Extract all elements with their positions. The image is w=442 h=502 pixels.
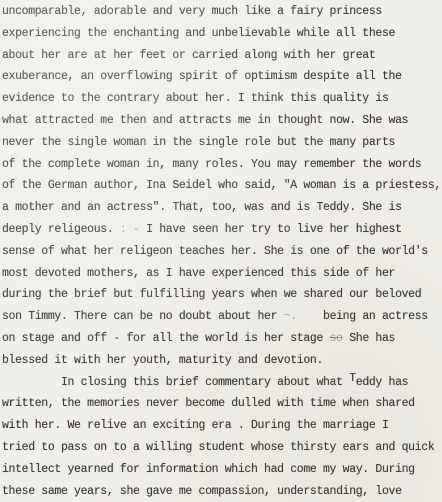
text-line-20: with her. We relive an exciting era . Du… [2,415,442,437]
text-line-15: son Timmy. There can be no doubt about h… [2,306,442,328]
text-segment: of the German author, Ina Seidel who sai… [2,179,441,192]
text-line-16: on stage and off - for all the world is … [2,328,442,350]
text-segment: of the complete woman in, many roles. Yo… [2,158,421,171]
text-segment: evidence to the contrary about her. I th… [2,92,389,105]
text-line-12: sense of what her religeon teaches her. … [2,241,442,263]
text-segment: written, the memories never become dulle… [2,397,415,410]
typewritten-page: uncomparable, adorable and very much lik… [0,0,442,502]
text-segment: son Timmy. There can be no doubt about h… [2,310,284,323]
text-segment: exuberance, an overflowing spirit of opt… [2,70,402,83]
text-segment: with her. We relive an exciting era . Du… [2,419,389,432]
text-line-18: In closing this brief commentary about w… [2,372,442,394]
text-segment: deeply religeous. [2,223,113,236]
text-line-4: exuberance, an overflowing spirit of opt… [2,66,442,88]
text-segment: what attracted me then and attracts me i… [2,114,408,127]
text-line-13: most devoted mothers, as I have experien… [2,263,442,285]
text-segment: these same years, she gave me compassion… [2,485,402,498]
text-segment: In closing this brief commentary about w… [2,376,349,389]
text-line-19: written, the memories never become dulle… [2,393,442,415]
text-line-9: of the German author, Ina Seidel who sai… [2,175,442,197]
text-segment: eddy has [356,376,408,389]
text-line-14: during the brief but fulfilling years wh… [2,284,442,306]
text-segment: tried to pass on to a willing student wh… [2,441,434,454]
text-line-17: blessed it with her youth, maturity and … [2,350,442,372]
text-segment: intellect yearned for information which … [2,463,415,476]
text-segment: experiencing the enchanting and unbeliev… [2,27,395,40]
text-segment: being an actress [297,310,428,323]
text-line-22: intellect yearned for information which … [2,459,442,481]
text-line-10: a mother and an actress". That, too, was… [2,197,442,219]
text-segment: during the brief but fulfilling years wh… [2,288,421,301]
faded-correction-mark: : - [113,223,146,236]
text-segment: on stage and off - for all the world is … [2,332,330,345]
text-segment: never the single woman in the single rol… [2,136,395,149]
text-line-6: what attracted me then and attracts me i… [2,110,442,132]
superscript-char: T [349,372,356,385]
text-segment: I have seen her try to live her highest [146,223,402,236]
text-segment: She has [343,332,395,345]
text-segment: a mother and an actress". That, too, was… [2,201,402,214]
text-line-21: tried to pass on to a willing student wh… [2,437,442,459]
text-line-2: experiencing the enchanting and unbeliev… [2,23,442,45]
text-segment: blessed it with her youth, maturity and … [2,354,323,367]
struck-out-text: so [330,332,343,345]
document-text: uncomparable, adorable and very much lik… [2,1,442,502]
faded-correction-mark: ~. [284,310,297,323]
text-line-7: never the single woman in the single rol… [2,132,442,154]
text-segment: uncomparable, adorable and very much lik… [2,5,382,18]
text-segment: about her are at her feet or carried alo… [2,49,375,62]
text-line-8: of the complete woman in, many roles. Yo… [2,154,442,176]
text-line-1: uncomparable, adorable and very much lik… [2,1,442,23]
text-segment: sense of what her religeon teaches her. … [2,245,428,258]
text-segment: most devoted mothers, as I have experien… [2,267,395,280]
text-line-3: about her are at her feet or carried alo… [2,45,442,67]
text-line-5: evidence to the contrary about her. I th… [2,88,442,110]
text-line-23: these same years, she gave me compassion… [2,481,442,502]
text-line-11: deeply religeous. : - I have seen her tr… [2,219,442,241]
